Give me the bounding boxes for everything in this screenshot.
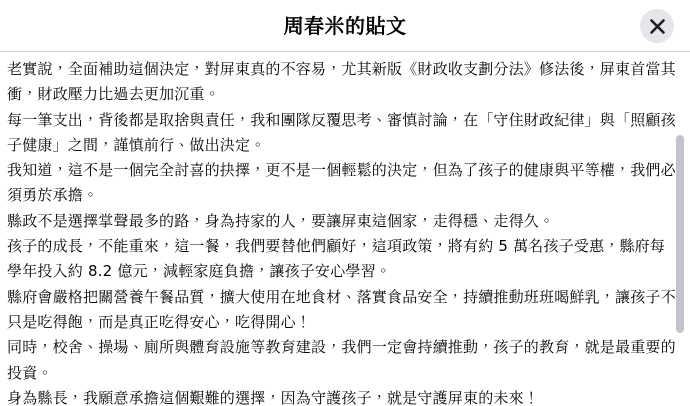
post-paragraph: 身為縣長，我願意承擔這個艱難的選擇，因為守護孩子，就是守護屏東的未來！	[7, 386, 676, 406]
dialog-title: 周春米的貼文	[284, 14, 407, 38]
post-paragraph: 老實說，全面補助這個決定，對屏東真的不容易，尤其新版《財政收支劃分法》修法後，屏…	[7, 57, 676, 108]
close-icon	[649, 18, 666, 35]
scrollbar-thumb[interactable]	[676, 135, 684, 333]
post-paragraph: 縣府會嚴格把關營養午餐品質，擴大使用在地食材、落實食品安全，持續推動班班喝鮮乳，…	[7, 285, 676, 336]
post-paragraph: 孩子的成長，不能重來，這一餐，我們要替他們顧好，這項政策，將有約 5 萬名孩子受…	[7, 234, 676, 285]
post-dialog: 周春米的貼文 老實說，全面補助這個決定，對屏東真的不容易，尤其新版《財政收支劃分…	[0, 0, 690, 406]
close-button[interactable]	[640, 9, 674, 43]
post-content: 老實說，全面補助這個決定，對屏東真的不容易，尤其新版《財政收支劃分法》修法後，屏…	[0, 52, 690, 406]
dialog-header: 周春米的貼文	[0, 0, 690, 52]
post-paragraph: 同時，校舍、操場、廁所與體育設施等教育建設，我們一定會持續推動，孩子的教育，就是…	[7, 335, 676, 386]
post-paragraph: 縣政不是選擇掌聲最多的路，身為持家的人，要讓屏東這個家，走得穩、走得久。	[7, 209, 676, 234]
post-paragraph: 我知道，這不是一個完全討喜的抉擇，更不是一個輕鬆的決定，但為了孩子的健康與平等權…	[7, 158, 676, 209]
post-paragraph: 每一筆支出，背後都是取捨與責任，我和團隊反覆思考、審慎討論，在「守住財政紀律」與…	[7, 108, 676, 159]
